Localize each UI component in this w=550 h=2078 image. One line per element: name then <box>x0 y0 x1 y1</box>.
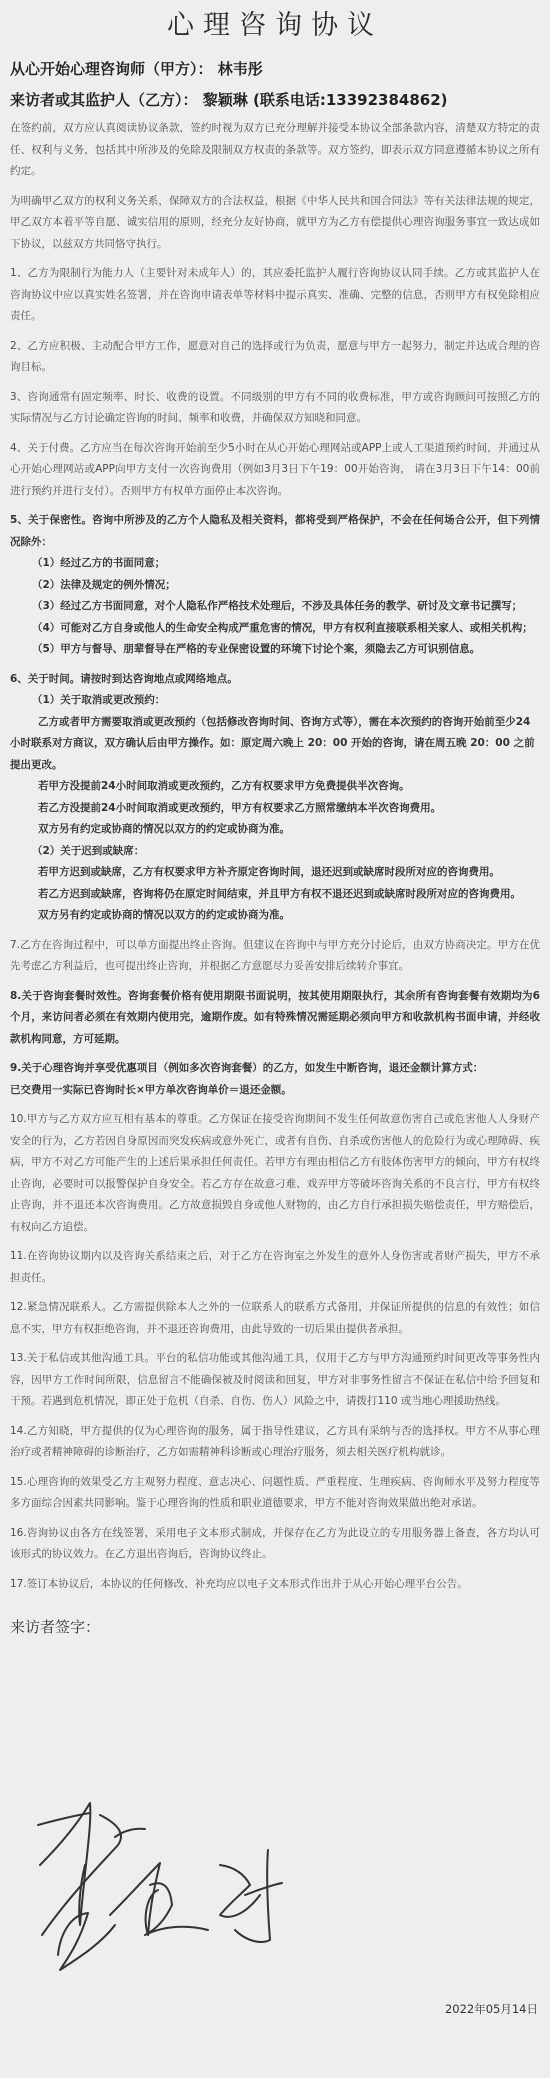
party-b-name: 黎颖琳 <box>203 91 248 109</box>
document-title: 心理咨询协议 <box>10 0 540 46</box>
clause-9-formula: 已交费用一实际已咨询时长×甲方单次咨询单价＝退还金额。 <box>10 1080 540 1102</box>
clause-1: 1、乙方为限制行为能力人（主要针对未成年人）的，其应委托监护人履行咨询协议认同手… <box>10 263 540 328</box>
clause-14: 14.乙方知晓，甲方提供的仅为心理咨询的服务，属于指导性建议，乙方具有采纳与否的… <box>10 1421 540 1464</box>
clause-3: 3、咨询通常有固定频率、时长、收费的设置。不同级别的甲方有不同的收费标准，甲方或… <box>10 387 540 430</box>
handwritten-signature <box>30 1795 290 1975</box>
signature-label: 来访者签字： <box>10 1617 540 1637</box>
clause-4: 4、关于付费。乙方应当在每次咨询开始前至少5小时在从心开始心理网站或APP上或人… <box>10 438 540 503</box>
clause-17: 17.签订本协议后，本协议的任何修改、补充均应以电子文本形式作出并于从心开始心理… <box>10 1574 540 1596</box>
party-a-name: 林韦彤 <box>218 60 263 78</box>
party-a-line: 从心开始心理咨询师（甲方）： 林韦彤 <box>10 59 540 79</box>
clause-6-section-1-para-2: 若甲方没提前24小时间取消或更改预约，乙方有权要求甲方免费提供半次咨询。 <box>10 776 540 798</box>
clause-5-item-5: （5）甲方与督导、朋辈督导在严格的专业保密设置的环境下讨论个案，须隐去乙方可识别… <box>10 639 540 661</box>
clause-9: 9.关于心理咨询并享受优惠项目（例如多次咨询套餐）的乙方，如发生中断咨询，退还金… <box>10 1058 540 1080</box>
clause-2: 2、乙方应积极、主动配合甲方工作，愿意对自己的选择或行为负责，愿意与甲方一起努力… <box>10 336 540 379</box>
party-b-phone: (联系电话:13392384862) <box>253 91 448 109</box>
clause-5-item-1: （1）经过乙方的书面同意； <box>10 553 540 575</box>
party-a-label: 从心开始心理咨询师（甲方）： <box>10 60 213 78</box>
clause-5-item-3: （3）经过乙方书面同意，对个人隐私作严格技术处理后，不涉及具体任务的教学、研讨及… <box>10 596 540 618</box>
clause-5: 5、关于保密性。咨询中所涉及的乙方个人隐私及相关资料，都将受到严格保护，不会在任… <box>10 510 540 553</box>
clause-6-section-2-para-1: 若甲方迟到或缺席，乙方有权要求甲方补齐原定咨询时间，退还迟到或缺席时段所对应的咨… <box>10 862 540 884</box>
clause-6-section-1-para-4: 双方另有约定或协商的情况以双方的约定或协商为准。 <box>10 819 540 841</box>
clause-6-section-2-para-2: 若乙方迟到或缺席，咨询将仍在原定时间结束，并且甲方有权不退还迟到或缺席时段所对应… <box>10 884 540 906</box>
clause-6-section-2-title: （2）关于迟到或缺席： <box>10 841 540 863</box>
clause-6: 6、关于时间。请按时到达咨询地点或网络地点。 <box>10 669 540 691</box>
party-b-label: 来访者或其监护人（乙方）： <box>10 91 198 109</box>
clause-8: 8.关于咨询套餐时效性。咨询套餐价格有使用期限书面说明，按其使用期限执行，其余所… <box>10 986 540 1051</box>
clause-10: 10.甲方与乙方双方应互相有基本的尊重。乙方保证在接受咨询期间不发生任何故意伤害… <box>10 1109 540 1238</box>
preamble-paragraph: 在签约前，双方应认真阅读协议条款，签约时视为双方已充分理解并接受本协议全部条款内… <box>10 118 540 183</box>
party-b-line: 来访者或其监护人（乙方）： 黎颖琳 (联系电话:13392384862) <box>10 90 540 110</box>
clause-7: 7.乙方在咨询过程中，可以单方面提出终止咨询。但建议在咨询中与甲方充分讨论后，由… <box>10 935 540 978</box>
clause-6-section-1-title: （1）关于取消或更改预约： <box>10 690 540 712</box>
intro-paragraph: 为明确甲乙双方的权利义务关系，保障双方的合法权益，根据《中华人民共和国合同法》等… <box>10 191 540 256</box>
clause-6-section-1-para-3: 若乙方没提前24小时间取消或更改预约，甲方有权要求乙方照常缴纳本半次咨询费用。 <box>10 798 540 820</box>
clause-5-item-4: （4）可能对乙方自身或他人的生命安全构成严重危害的情况，甲方有权利直接联系相关家… <box>10 618 540 640</box>
clause-15: 15.心理咨询的效果受乙方主观努力程度、意志决心、问题性质、严重程度、生理疾病、… <box>10 1472 540 1515</box>
clause-16: 16.咨询协议由各方在线签署，采用电子文本形式制成，并保存在乙方为此设立的专用服… <box>10 1523 540 1566</box>
clause-11: 11.在咨询协议期内以及咨询关系结束之后，对于乙方在咨询室之外发生的意外人身伤害… <box>10 1246 540 1289</box>
clause-5-item-2: （2）法律及规定的例外情况； <box>10 575 540 597</box>
clause-12: 12.紧急情况联系人。乙方需提供除本人之外的一位联系人的联系方式备用，并保证所提… <box>10 1297 540 1340</box>
clause-6-section-1-para-1: 乙方或者甲方需要取消或更改预约（包括修改咨询时间、咨询方式等），需在本次预约的咨… <box>10 712 540 777</box>
agreement-document: 心理咨询协议 从心开始心理咨询师（甲方）： 林韦彤 来访者或其监护人（乙方）： … <box>0 0 550 1637</box>
clause-6-section-2-para-3: 双方另有约定或协商的情况以双方的约定或协商为准。 <box>10 905 540 927</box>
clause-13: 13.关于私信或其他沟通工具。平台的私信功能或其他沟通工具，仅用于乙方与甲方沟通… <box>10 1348 540 1413</box>
signing-date: 2022年05月14日 <box>445 2001 538 2017</box>
